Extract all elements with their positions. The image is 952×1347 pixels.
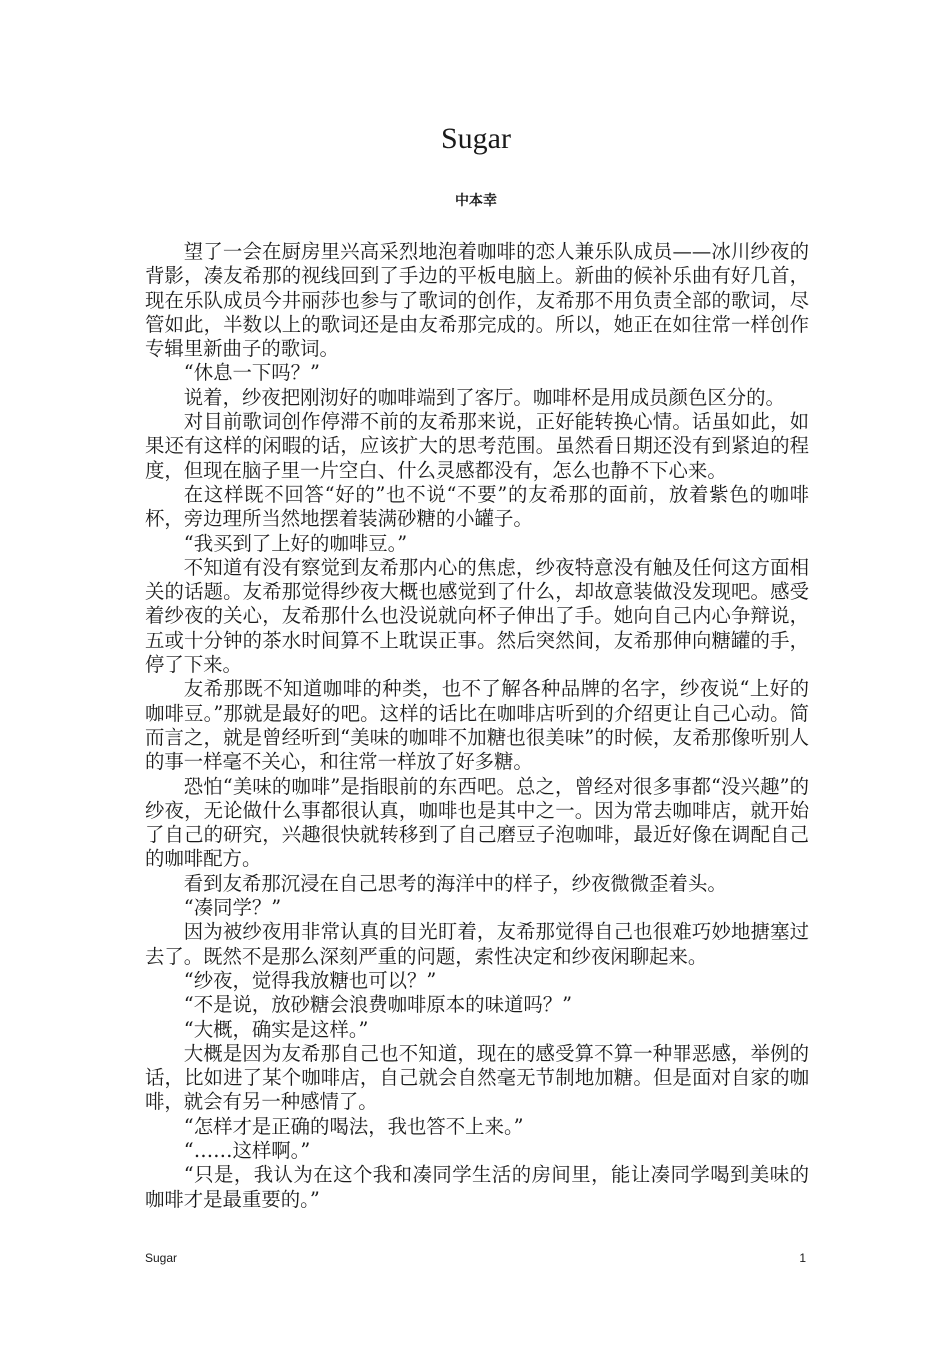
paragraph: “我买到了上好的咖啡豆。” <box>145 532 809 556</box>
paragraph: “不是说，放砂糖会浪费咖啡原本的味道吗？” <box>145 993 809 1017</box>
paragraph: “怎样才是正确的喝法，我也答不上来。” <box>145 1115 809 1139</box>
paragraph: “……这样啊。” <box>145 1139 809 1163</box>
paragraph: 不知道有没有察觉到友希那内心的焦虑，纱夜特意没有触及任何这方面相关的话题。友希那… <box>145 556 809 677</box>
paragraph: “纱夜，觉得我放糖也可以？” <box>145 969 809 993</box>
paragraph: 看到友希那沉浸在自己思考的海洋中的样子，纱夜微微歪着头。 <box>145 872 809 896</box>
author-name: 中本幸 <box>0 190 952 210</box>
paragraph: 说着，纱夜把刚沏好的咖啡端到了客厅。咖啡杯是用成员颜色区分的。 <box>145 386 809 410</box>
paragraph: 在这样既不回答“好的”也不说“不要”的友希那的面前，放着紫色的咖啡杯，旁边理所当… <box>145 483 809 532</box>
page-number: 1 <box>799 1251 806 1265</box>
paragraph: 恐怕“美味的咖啡”是指眼前的东西吧。总之，曾经对很多事都“没兴趣”的纱夜，无论做… <box>145 775 809 872</box>
paragraph: “只是，我认为在这个我和凑同学生活的房间里，能让凑同学喝到美味的咖啡才是最重要的… <box>145 1163 809 1212</box>
document-body: 望了一会在厨房里兴高采烈地泡着咖啡的恋人兼乐队成员——冰川纱夜的背影，凑友希那的… <box>145 240 809 1212</box>
paragraph: 友希那既不知道咖啡的种类，也不了解各种品牌的名字，纱夜说“上好的咖啡豆。”那就是… <box>145 677 809 774</box>
paragraph: “凑同学？” <box>145 896 809 920</box>
paragraph: “大概，确实是这样。” <box>145 1018 809 1042</box>
footer-title: Sugar <box>145 1251 177 1265</box>
paragraph: “休息一下吗？” <box>145 361 809 385</box>
paragraph: 望了一会在厨房里兴高采烈地泡着咖啡的恋人兼乐队成员——冰川纱夜的背影，凑友希那的… <box>145 240 809 361</box>
paragraph: 因为被纱夜用非常认真的目光盯着，友希那觉得自己也很难巧妙地搪塞过去了。既然不是那… <box>145 920 809 969</box>
document-title: Sugar <box>0 122 952 156</box>
paragraph: 对目前歌词创作停滞不前的友希那来说，正好能转换心情。话虽如此，如果还有这样的闲暇… <box>145 410 809 483</box>
paragraph: 大概是因为友希那自己也不知道，现在的感受算不算一种罪恶感，举例的话，比如进了某个… <box>145 1042 809 1115</box>
